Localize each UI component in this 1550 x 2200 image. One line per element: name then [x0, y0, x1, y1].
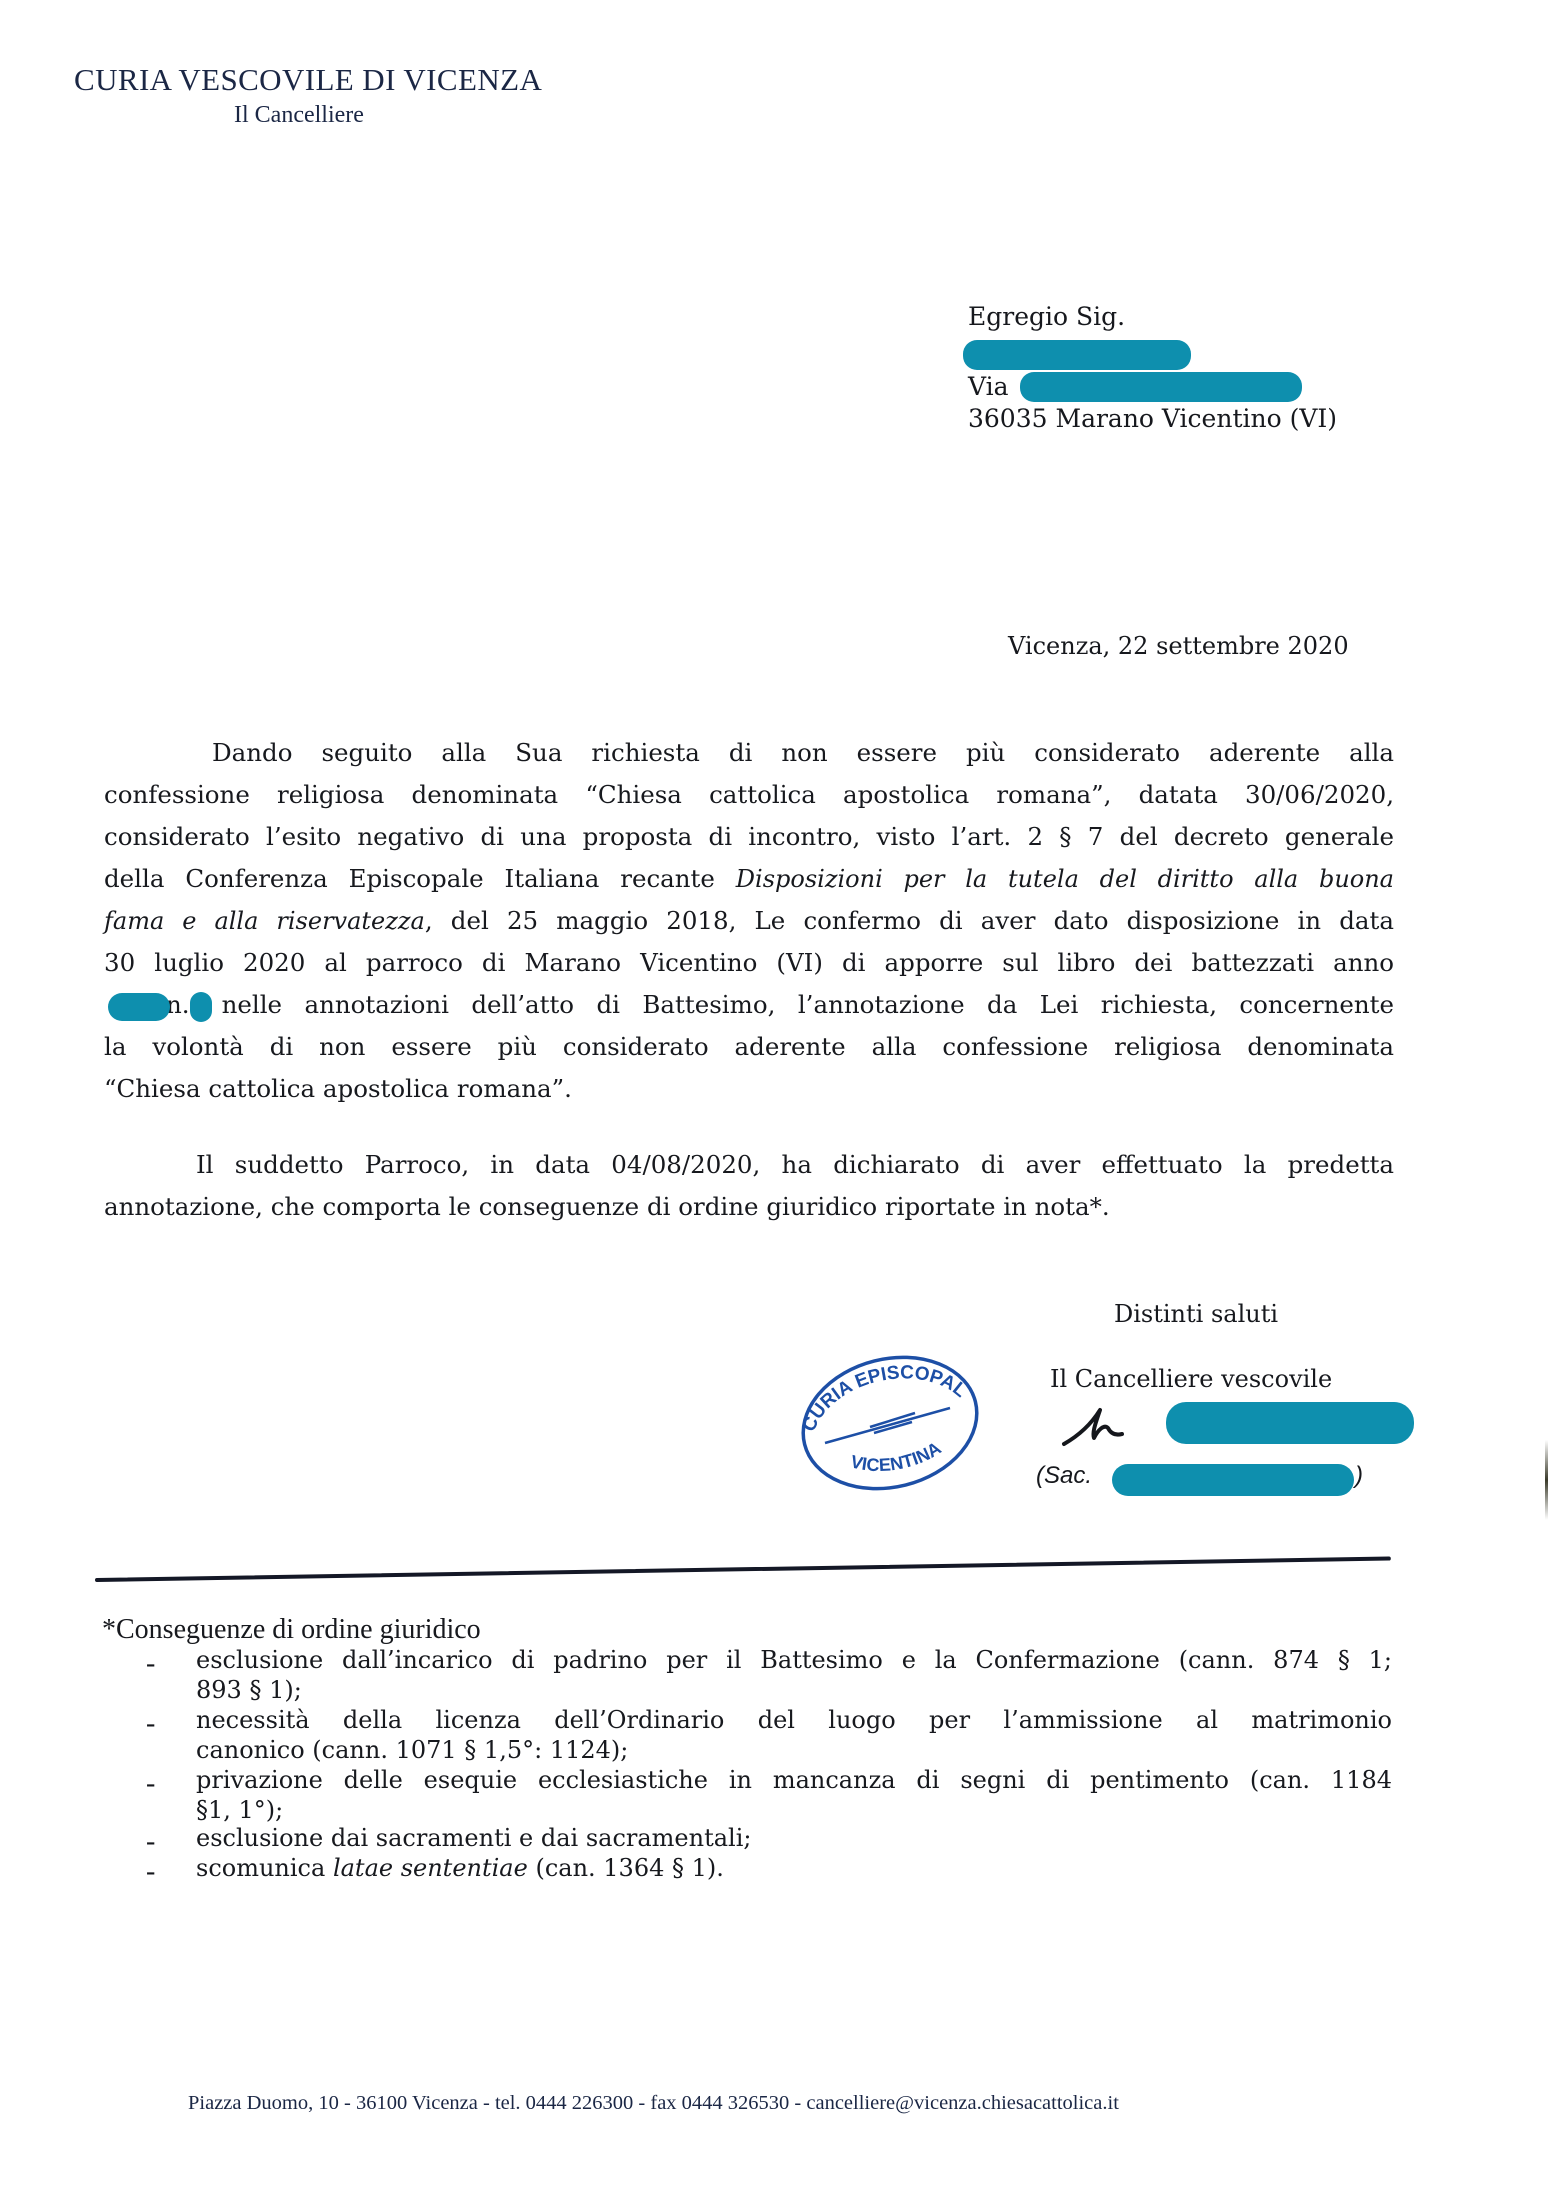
footnote-item-line: canonico (cann. 1071 § 1,5°: 1124);: [196, 1736, 628, 1764]
bullet-dash: -: [146, 1826, 155, 1858]
letter-date: Vicenza, 22 settembre 2020: [1008, 632, 1349, 660]
footnote-heading: *Conseguenze di ordine giuridico: [102, 1614, 481, 1646]
footnote-item-line: esclusione dall’incarico di padrino per …: [196, 1646, 1392, 1674]
footnote-item-line: necessità della licenza dell’Ordinario d…: [196, 1706, 1392, 1734]
section-divider: [95, 1557, 1391, 1582]
footnote-item-line: privazione delle esequie ecclesiastiche …: [196, 1766, 1392, 1794]
body-line: “Chiesa cattolica apostolica romana”.: [104, 1074, 572, 1103]
body-line: della Conferenza Episcopale Italiana rec…: [104, 864, 1394, 893]
recipient-street-prefix: Via: [968, 372, 1009, 401]
recipient-salutation: Egregio Sig.: [968, 302, 1125, 331]
curia-stamp-icon: CURIA EPISCOPALIS VICENTINA: [790, 1345, 990, 1495]
signer-name-prefix: (Sac.: [1036, 1462, 1092, 1490]
scan-edge-artifact: [1545, 1440, 1548, 1520]
signer-title: Il Cancelliere vescovile: [1050, 1365, 1332, 1393]
footnote-item-line: esclusione dai sacramenti e dai sacramen…: [196, 1824, 751, 1852]
body-line: considerato l’esito negativo di una prop…: [104, 822, 1394, 851]
footnote-item-line: §1, 1°);: [196, 1796, 283, 1824]
redacted-recipient-street: [1020, 372, 1302, 402]
bullet-dash: -: [146, 1768, 155, 1800]
closing-greeting: Distinti saluti: [1114, 1300, 1278, 1328]
decree-title-italic: fama e alla riservatezza: [104, 907, 425, 935]
body-line: la volontà di non essere più considerato…: [104, 1032, 1394, 1061]
letterhead-title: CURIA VESCOVILE DI VICENZA: [74, 62, 542, 98]
recipient-city: 36035 Marano Vicentino (VI): [968, 404, 1337, 433]
body-line: annotazione, che comporta le conseguenze…: [104, 1192, 1110, 1221]
body-line: Dando seguito alla Sua richiesta di non …: [212, 738, 1394, 767]
footnote-item-line: scomunica latae sententiae (can. 1364 § …: [196, 1854, 724, 1882]
footnote-item-line: 893 § 1);: [196, 1676, 302, 1704]
signer-name-suffix: ): [1355, 1462, 1363, 1490]
bullet-dash: -: [146, 1648, 155, 1680]
letterhead-footer: Piazza Duomo, 10 - 36100 Vicenza - tel. …: [188, 2092, 1119, 2115]
bullet-dash: -: [146, 1856, 155, 1888]
body-line: n.nelle annotazioni dell’atto di Battesi…: [108, 990, 1394, 1022]
body-line: fama e alla riservatezza, del 25 maggio …: [104, 906, 1394, 935]
latin-term-italic: latae sententiae: [333, 1854, 528, 1882]
letterhead-subtitle: Il Cancelliere: [234, 102, 364, 129]
svg-text:VICENTINA: VICENTINA: [849, 1438, 945, 1475]
redacted-baptism-number: [190, 992, 212, 1022]
body-line: confessione religiosa denominata “Chiesa…: [104, 780, 1394, 809]
redacted-baptism-year: [108, 993, 170, 1021]
decree-title-italic: Disposizioni per la tutela del diritto a…: [736, 865, 1394, 893]
bullet-dash: -: [146, 1708, 155, 1740]
redacted-signer-signature-name: [1166, 1402, 1414, 1444]
redacted-signer-name: [1112, 1464, 1354, 1496]
signature-icon: [1060, 1400, 1130, 1450]
body-line: 30 luglio 2020 al parroco di Marano Vice…: [104, 948, 1394, 977]
redacted-recipient-name: [963, 340, 1191, 370]
body-line: Il suddetto Parroco, in data 04/08/2020,…: [196, 1150, 1394, 1179]
